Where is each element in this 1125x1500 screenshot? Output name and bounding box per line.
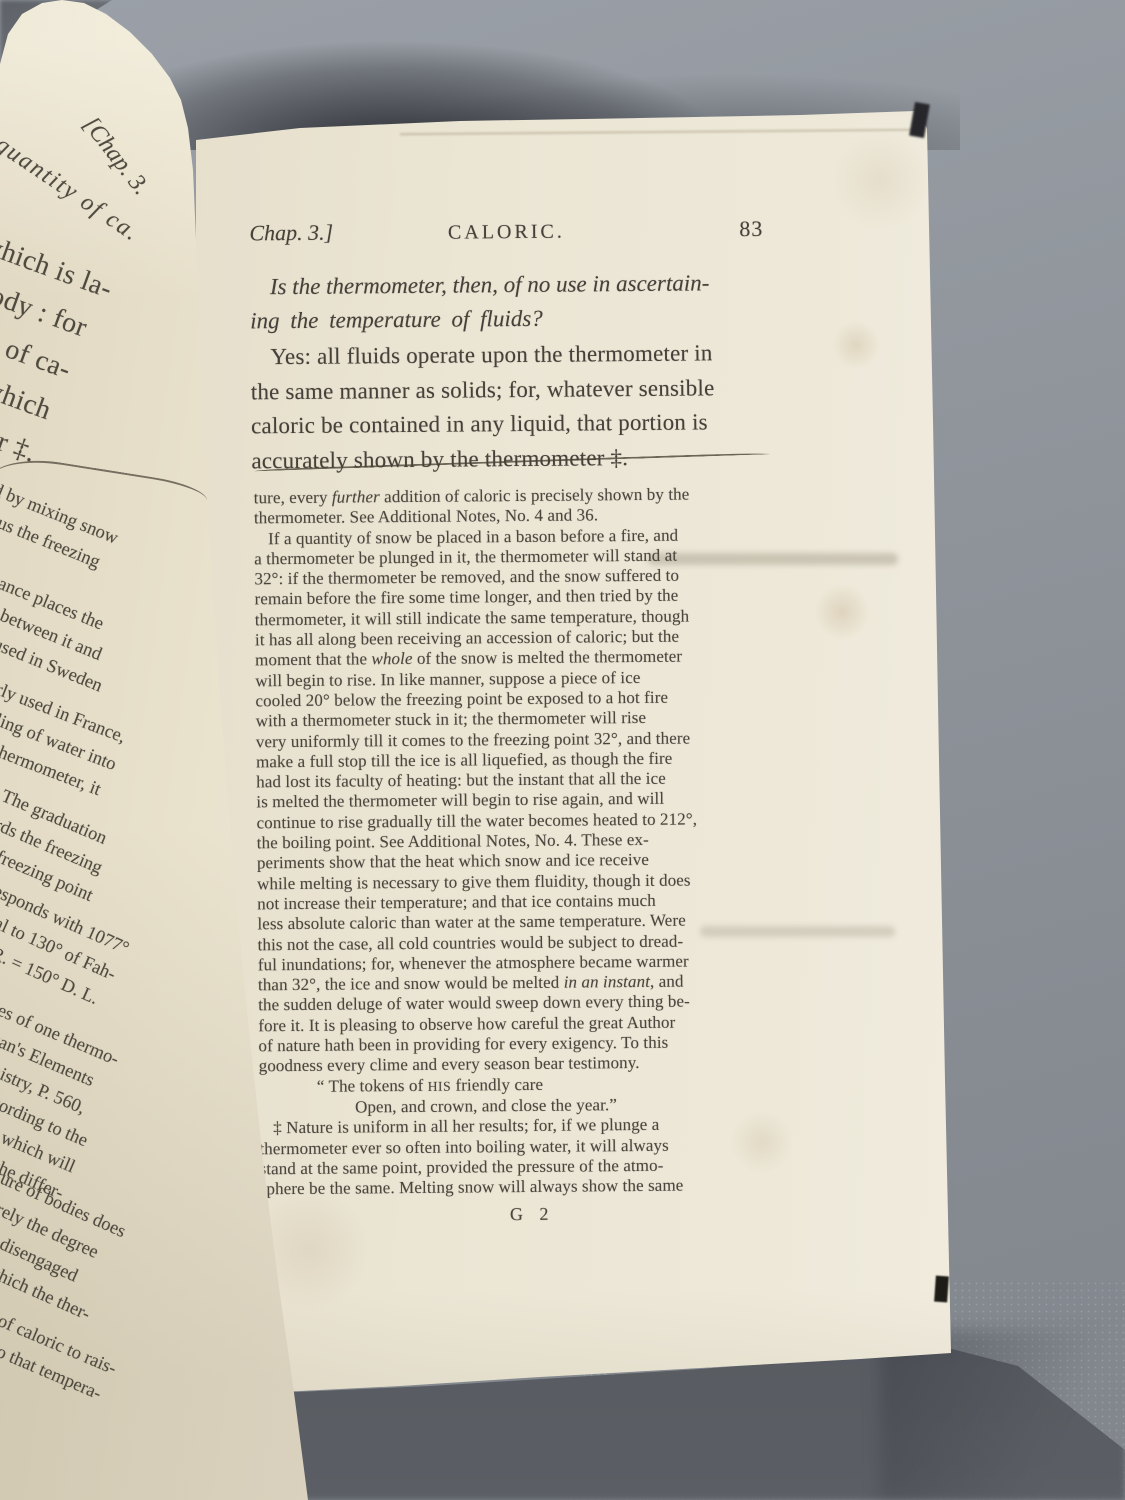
footnote-line: sphere be the same. Melting snow will al… bbox=[260, 1175, 800, 1200]
right-page-header: Chap. 3.] CALORIC. 83 bbox=[249, 216, 783, 247]
footnote-block: ture, every further addition of caloric … bbox=[254, 484, 800, 1200]
answer-line: the same manner as solids; for, whatever… bbox=[251, 370, 788, 409]
answer-line: accurately shown by the thermometer ‡. bbox=[251, 439, 788, 478]
question-line: Is the thermometer, then, of no use in a… bbox=[250, 266, 787, 305]
left-main-text: ortion which is la- ith any body : for a… bbox=[0, 196, 119, 481]
book-photo-scene: Chap. 3.] CALORIC. 83 Is the thermometer… bbox=[0, 0, 1125, 1500]
book-bottom-shadow-soft bbox=[880, 1330, 1125, 1500]
answer-paragraph: Yes: all fluids operate upon the thermom… bbox=[250, 336, 788, 479]
answer-line: caloric be contained in any liquid, that… bbox=[251, 405, 788, 444]
header-page-number: 83 bbox=[592, 216, 784, 244]
book-cover-edge-bottom bbox=[934, 1276, 949, 1303]
answer-line: Yes: all fluids operate upon the thermom… bbox=[250, 336, 787, 375]
question-paragraph: Is the thermometer, then, of no use in a… bbox=[250, 266, 788, 339]
question-line: ing the temperature of fluids? bbox=[250, 300, 787, 339]
header-chapter-label: Chap. 3.] bbox=[249, 219, 421, 246]
gathering-signature: G 2 bbox=[510, 1204, 555, 1225]
header-running-title: CALORIC. bbox=[421, 220, 593, 244]
